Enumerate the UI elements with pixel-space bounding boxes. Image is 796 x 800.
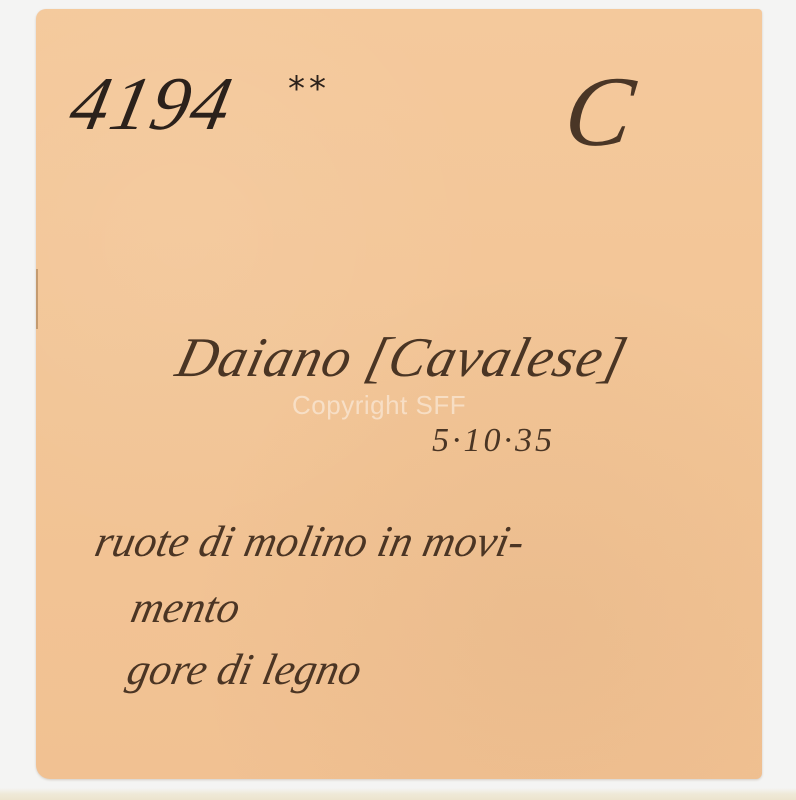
scanned-document: 4194 ** C Daiano [Cavalese] 5·10·35 Copy… [0, 0, 796, 800]
description-line: ruote di molino in movi- [91, 520, 528, 564]
scan-bottom-edge [0, 788, 796, 800]
copyright-watermark: Copyright SFF [292, 390, 466, 421]
catalog-stars-mark: ** [288, 72, 330, 106]
category-letter: C [559, 62, 640, 162]
catalog-number: 4194 [64, 66, 240, 142]
description-line: mento [127, 586, 244, 630]
description-line: gore di legno [123, 648, 365, 692]
card-edge-mark [36, 269, 38, 329]
place-name: Daiano [Cavalese] [171, 330, 633, 386]
date: 5·10·35 [432, 424, 555, 458]
